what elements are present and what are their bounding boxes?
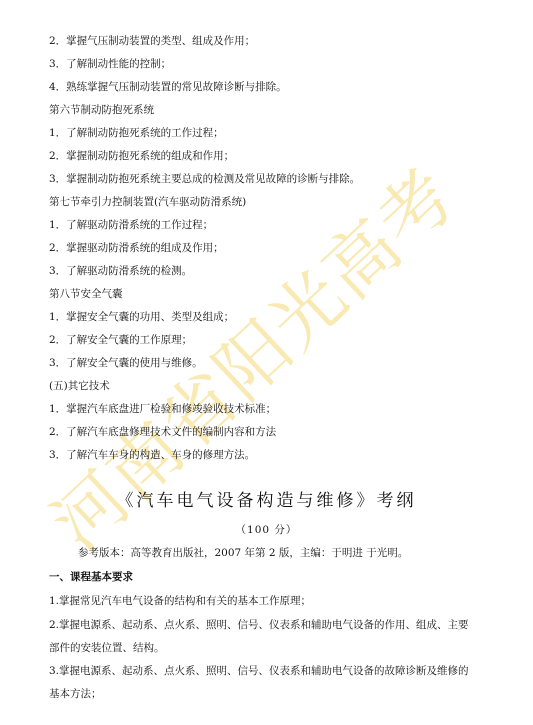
list-item: 4．熟练掌握气压制动装置的常见故障诊断与排除。 xyxy=(49,80,287,94)
list-item: 1．了解驱动防滑系统的工作过程； xyxy=(49,218,213,232)
list-item-continuation: 基本方法； xyxy=(49,687,102,701)
section-heading: 第六节制动防抱死系统 xyxy=(49,103,154,117)
list-item: 2．掌握制动防抱死系统的组成和作用； xyxy=(49,149,234,163)
page-title: 《汽车电气设备构造与维修》考纲 xyxy=(0,490,533,512)
list-item: 1．掌握汽车底盘进厂检验和修竣验收技术标准； xyxy=(49,402,276,416)
score-label: （100 分） xyxy=(0,523,533,537)
list-item: 2．了解汽车底盘修理技术文件的编制内容和方法 xyxy=(49,425,276,439)
list-item: 2．掌握气压制动装置的类型、组成及作用； xyxy=(49,34,255,48)
list-item: 2．掌握驱动防滑系统的组成及作用； xyxy=(49,241,224,255)
section-heading: 第八节安全气囊 xyxy=(49,287,123,301)
list-item: 2．了解安全气囊的工作原理； xyxy=(49,333,192,347)
section-heading: 第七节牵引力控制装置(汽车驱动防滑系统) xyxy=(49,195,246,209)
reference-text: 参考版本：高等教育出版社，2007 年第 2 版，主编：于明进 于光明。 xyxy=(78,546,408,560)
list-item: 1.掌握常见汽车电气设备的结构和有关的基本工作原理； xyxy=(49,594,311,608)
list-item-continuation: 部件的安装位置、结构。 xyxy=(49,641,165,655)
section-heading: (五)其它技术 xyxy=(49,379,110,393)
list-item: 3．了解驱动防滑系统的检测。 xyxy=(49,264,192,278)
list-item: 3．了解汽车车身的构造、车身的修理方法。 xyxy=(49,448,255,462)
list-item: 2.掌握电源系、起动系、点火系、照明、信号、仪表系和辅助电气设备的作用、组成、主… xyxy=(49,618,469,632)
list-item: 3.掌握电源系、起动系、点火系、照明、信号、仪表系和辅助电气设备的故障诊断及维修… xyxy=(49,664,469,678)
list-item: 3．掌握制动防抱死系统主要总成的检测及常见故障的诊断与排除。 xyxy=(49,172,360,186)
section-heading: 一、课程基本要求 xyxy=(49,570,133,584)
list-item: 1．掌握安全气囊的功用、类型及组成； xyxy=(49,310,234,324)
list-item: 3．了解安全气囊的使用与维修。 xyxy=(49,356,203,370)
list-item: 3．了解制动性能的控制； xyxy=(49,57,171,71)
document-page: 河南省阳光高考 2．掌握气压制动装置的类型、组成及作用； 3．了解制动性能的控制… xyxy=(0,0,533,725)
list-item: 1．了解制动防抱死系统的工作过程； xyxy=(49,126,224,140)
